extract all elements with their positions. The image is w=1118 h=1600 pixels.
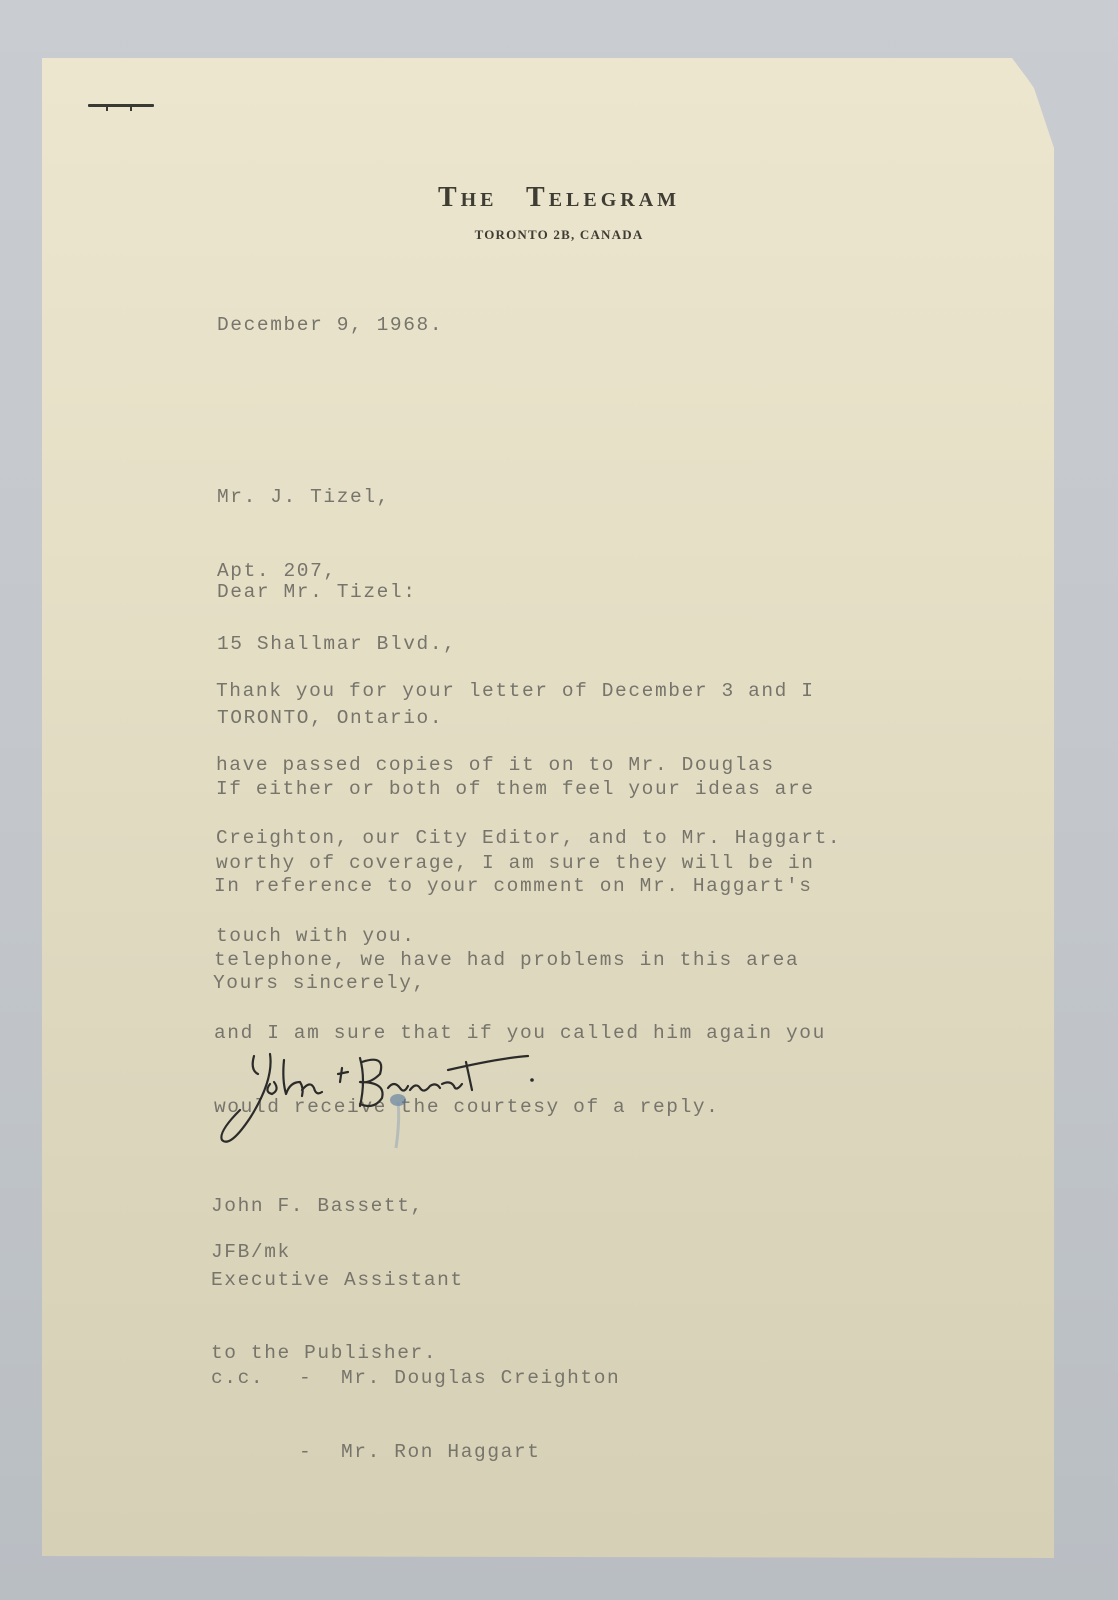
- closing: Yours sincerely,: [213, 971, 426, 996]
- cc-dash: -: [299, 1366, 341, 1391]
- letterhead-title-second: Telegram: [526, 182, 680, 213]
- letterhead-location: TORONTO 2B, CANADA: [0, 227, 1118, 243]
- signer-name: John F. Bassett,: [211, 1194, 464, 1219]
- cc-list: c.c. - Mr. Douglas Creighton - Mr. Ron H…: [211, 1317, 620, 1489]
- address-line: Mr. J. Tizel,: [217, 485, 456, 510]
- cc-label-empty: [211, 1440, 299, 1465]
- paragraph-line: If either or both of them feel your idea…: [216, 777, 815, 802]
- staple-mark-icon: [88, 104, 154, 107]
- cc-label: c.c.: [211, 1366, 299, 1391]
- salutation: Dear Mr. Tizel:: [217, 580, 417, 605]
- handwritten-signature-icon: [210, 1040, 550, 1150]
- cc-recipient: Mr. Douglas Creighton: [341, 1366, 620, 1391]
- letterhead-title: The Telegram: [0, 182, 1118, 214]
- cc-recipient: Mr. Ron Haggart: [341, 1440, 541, 1465]
- cc-dash: -: [299, 1440, 341, 1465]
- paragraph-line: In reference to your comment on Mr. Hagg…: [214, 874, 826, 899]
- signer-title: Executive Assistant: [211, 1268, 464, 1293]
- letterhead-title-first: The: [438, 182, 498, 213]
- letter-date: December 9, 1968.: [217, 313, 443, 338]
- paragraph-line: Thank you for your letter of December 3 …: [216, 679, 841, 704]
- cc-row: - Mr. Ron Haggart: [211, 1440, 620, 1465]
- paragraph-line: telephone, we have had problems in this …: [214, 948, 826, 973]
- reference-initials: JFB/mk: [211, 1240, 291, 1265]
- cc-row: c.c. - Mr. Douglas Creighton: [211, 1366, 620, 1391]
